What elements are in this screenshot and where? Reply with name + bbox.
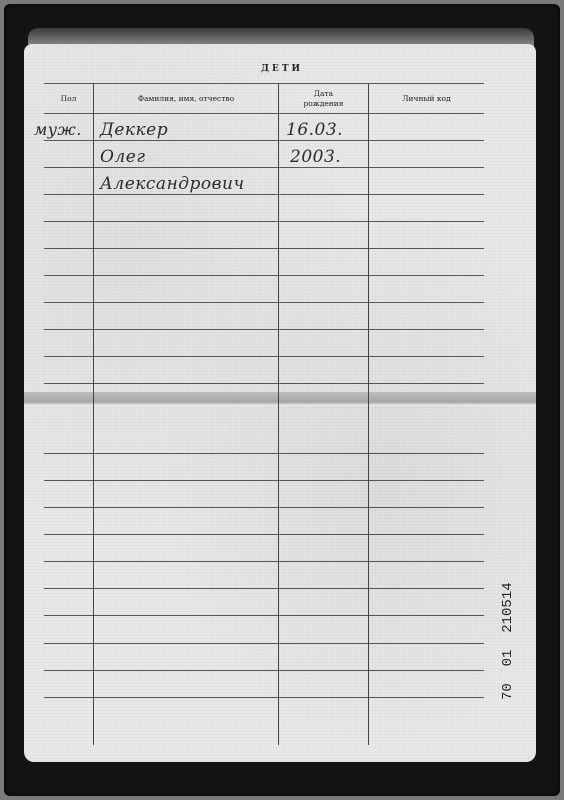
row-line xyxy=(44,534,484,535)
birth-date-label-line1: Дата xyxy=(314,89,333,99)
row-line xyxy=(44,453,484,454)
page-fold xyxy=(24,392,536,406)
row-line xyxy=(44,507,484,508)
serial-number: 70 01 210514 xyxy=(500,582,516,700)
row-line xyxy=(44,561,484,562)
row-line xyxy=(44,140,484,141)
row-line xyxy=(44,356,484,357)
row-line xyxy=(44,221,484,222)
row-line xyxy=(44,588,484,589)
row-line xyxy=(44,248,484,249)
section-title: ДЕТИ xyxy=(0,64,564,74)
entry-sex: муж. xyxy=(34,120,82,139)
row-line xyxy=(44,167,484,168)
column-divider xyxy=(278,83,279,745)
column-divider xyxy=(368,83,369,745)
row-line xyxy=(44,643,484,644)
entry-birth-date-day-month: 16.03. xyxy=(286,120,343,140)
row-line xyxy=(44,697,484,698)
entry-given-name: Олег xyxy=(100,147,145,167)
column-header-sex: Пол xyxy=(44,85,93,113)
column-header-full-name: Фамилия, имя, отчество xyxy=(94,85,278,113)
row-line xyxy=(44,194,484,195)
row-line xyxy=(44,275,484,276)
row-line xyxy=(44,383,484,384)
birth-date-label-line2: рождения xyxy=(303,99,343,109)
row-line xyxy=(44,615,484,616)
row-line xyxy=(44,302,484,303)
column-header-personal-code: Личный код xyxy=(369,85,484,113)
entry-birth-date-year: 2003. xyxy=(290,147,341,167)
entry-patronymic: Александрович xyxy=(100,174,245,194)
column-divider xyxy=(93,83,94,745)
table-top-line xyxy=(44,83,484,84)
row-line xyxy=(44,480,484,481)
row-line xyxy=(44,329,484,330)
header-bottom-line xyxy=(44,113,484,114)
row-line xyxy=(44,670,484,671)
column-header-birth-date: Дата рождения xyxy=(279,85,368,113)
entry-surname: Деккер xyxy=(100,120,168,140)
